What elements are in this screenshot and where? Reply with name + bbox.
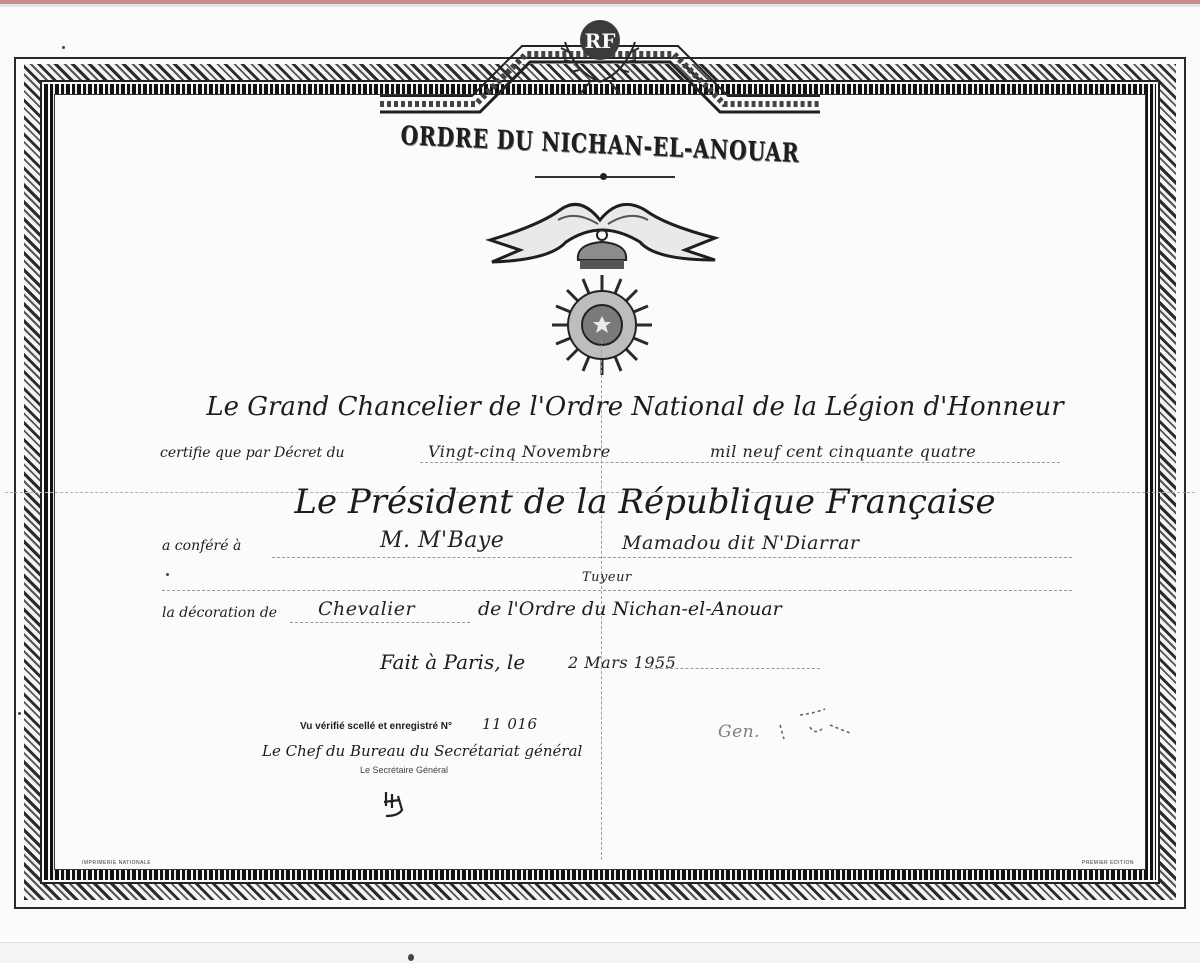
corner-notch-tr (1054, 96, 1144, 116)
scan-bottom-margin (0, 942, 1200, 963)
rank-dotted-line (290, 622, 470, 623)
title-divider-dot (600, 173, 607, 180)
recipient-name-rest: Mamadou dit N'Diarrar (622, 532, 859, 554)
decoration-order: de l'Ordre du Nichan-el-Anouar (478, 598, 782, 620)
registration-number: 11 016 (482, 715, 538, 733)
medal-ribbon-icon (480, 180, 725, 390)
speck (408, 954, 414, 961)
secretary-line: Le Secrétaire Général (360, 765, 448, 775)
date-dotted-line (650, 668, 820, 669)
corner-notch-tr-v (1134, 96, 1144, 236)
faded-signature-icon (770, 705, 860, 745)
svg-text:RF: RF (585, 29, 616, 53)
place-date-value: 2 Mars 1955 (568, 653, 676, 672)
registration-label: Vu vérifié scellé et enregistré N° (300, 721, 452, 732)
recipient-name: M. M'Baye (380, 528, 504, 553)
speck (18, 712, 21, 715)
decree-year: mil neuf cent cinquante quatre (710, 442, 976, 461)
speck (62, 46, 65, 49)
imprint-right: PREMIER EDITION (1082, 860, 1134, 866)
issuer-line: Le Grand Chancelier de l'Ordre National … (0, 392, 1200, 422)
imprint-left: IMPRIMERIE NATIONALE (82, 860, 151, 866)
decree-dotted-line (420, 462, 1060, 463)
place-date-prefix: Fait à Paris, le (380, 650, 525, 674)
secretary-signature-icon (378, 788, 414, 820)
conferred-prefix: a conféré à (162, 538, 241, 554)
occupation-dotted-line (162, 590, 1072, 591)
decoration-prefix: la décoration de (162, 605, 277, 621)
corner-notch-tl-v (56, 96, 66, 236)
right-signature: Gen. (718, 722, 760, 742)
decree-date: Vingt-cinq Novembre (428, 442, 611, 461)
chief-line: Le Chef du Bureau du Secrétariat général (262, 742, 582, 760)
recipient-occupation: Tuyeur (582, 570, 632, 585)
rf-laurel-crest-icon: RF (555, 12, 645, 102)
decoration-rank: Chevalier (318, 598, 415, 620)
president-line: Le Président de la République Française (0, 482, 1200, 522)
decree-prefix: certifie que par Décret du (160, 445, 345, 461)
recipient-dotted-line (272, 557, 1072, 558)
speck (166, 573, 169, 576)
